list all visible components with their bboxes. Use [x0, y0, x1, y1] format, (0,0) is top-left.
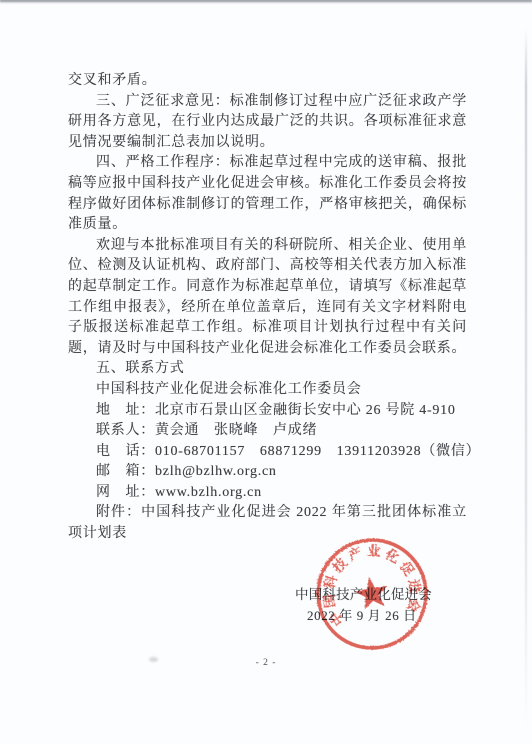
- seal-char: 科: [321, 573, 340, 591]
- scan-edge-top-artifact: [0, 0, 532, 4]
- contact-person-line: 联系人：黄会通 张晓峰 卢成绪: [68, 421, 467, 442]
- paragraph-item-five-heading: 五、联系方式: [68, 359, 467, 380]
- document-page: 交叉和矛盾。 三、广泛征求意见：标准制修订过程中应广泛征求政产学研用各方意见，在…: [0, 0, 532, 744]
- scan-speck-artifact: [149, 657, 158, 662]
- contact-phone-line: 电 话：010-68701157 68871299 13911203928（微信…: [68, 442, 467, 463]
- seal-char: 业: [367, 543, 382, 559]
- contact-address-line: 地 址：北京市石景山区金融街长安中心 26 号院 4-910: [68, 401, 467, 422]
- official-seal: 中 国 科 技 产 业 化 促 进 会: [313, 535, 431, 653]
- contact-website-line: 网 址：www.bzlh.org.cn: [68, 483, 467, 504]
- paragraph-welcome: 欢迎与本批标准项目有关的科研院所、相关企业、使用单位、检测及认证机构、政府部门、…: [68, 236, 467, 360]
- contact-email-line: 邮 箱：bzlh@bzlhw.org.cn: [68, 462, 467, 483]
- paragraph-committee-name: 中国科技产业化促进会标准化工作委员会: [68, 380, 467, 401]
- seal-char: 会: [404, 597, 423, 615]
- paragraph-item-four: 四、严格工作程序：标准起草过程中完成的送审稿、报批稿等应报中国科技产业化促进会审…: [68, 153, 467, 235]
- document-body: 交叉和矛盾。 三、广泛征求意见：标准制修订过程中应广泛征求政产学研用各方意见，在…: [68, 71, 467, 545]
- page-number: - 2 -: [236, 658, 296, 668]
- scan-edge-right-artifact: [525, 28, 527, 728]
- paragraph-item-three: 三、广泛征求意见：标准制修订过程中应广泛征求政产学研用各方意见，在行业内达成最广…: [68, 92, 467, 154]
- seal-char: 国: [320, 593, 338, 609]
- paragraph-continuation: 交叉和矛盾。: [68, 71, 467, 92]
- seal-char: 进: [405, 577, 423, 595]
- seal-star-icon: [353, 574, 391, 611]
